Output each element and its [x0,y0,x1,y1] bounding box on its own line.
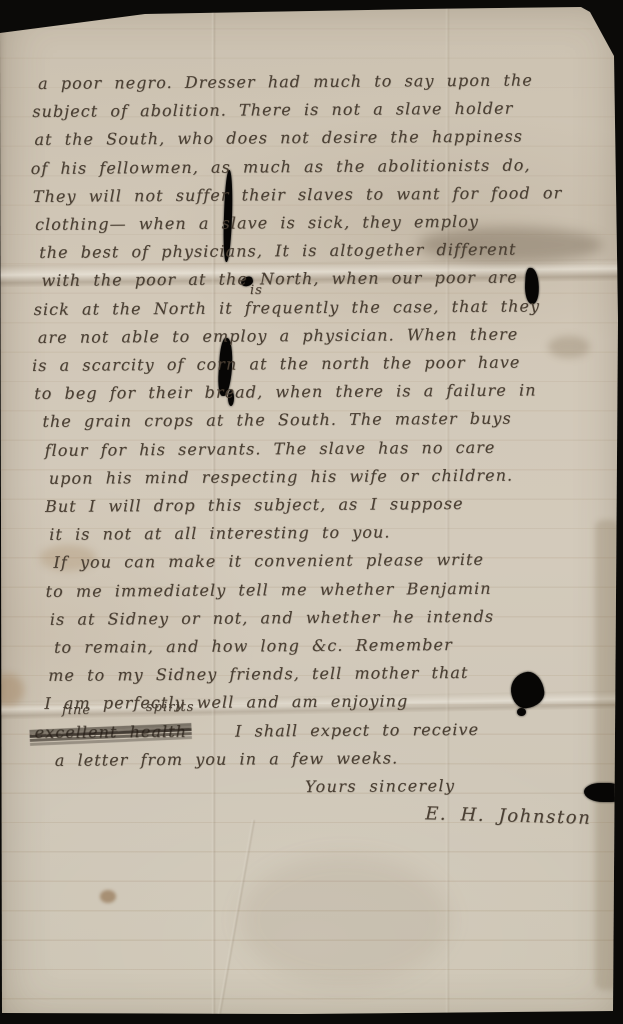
handwriting-line: a poor negro. Dresser had much to say up… [38,66,621,98]
letter-paper: a poor negro. Dresser had much to say up… [0,0,623,1024]
handwriting-line: Yours sincerely [305,771,623,801]
handwriting-line: is a scarcity of corn at the north the p… [32,348,623,380]
handwriting-line: If you can make it convenient please wri… [53,545,623,577]
handwriting-line: They will not suffer their slaves to wan… [33,179,622,211]
paper-stain-bottom-spot [100,890,116,903]
line-text: If you can make it convenient please wri… [53,550,484,572]
handwriting-line: to remain, and how long &c. Remember [54,630,623,662]
handwriting-line: are not able to employ a physician. When… [38,320,623,352]
handwriting-line: sick at the North it frequently the case… [34,291,623,323]
handwriting-line: a letter from you in a few weeks. [55,743,623,775]
letter-body: a poor negro. Dresser had much to say up… [30,66,623,832]
line-text: upon his mind respecting his wife or chi… [49,465,513,487]
handwriting-line: is at Sidney or not, and whether he inte… [50,602,623,634]
line-text: They will not suffer their slaves to wan… [33,183,563,206]
line-text: a letter from you in a few weeks. [55,748,399,769]
line-text: I shall expect to receive [235,720,479,741]
struck-text: excellent health [35,718,188,747]
line-text: I am perfectly well and am enjoying [44,692,408,714]
handwriting-line: with the poor at the North, when our poo… [41,263,622,295]
handwriting-line: me to my Sidney friends, tell mother tha… [48,658,623,690]
handwriting-line: clothing— when a slave is sick, they emp… [35,207,622,239]
line-text: to me immediately tell me whether Benjam… [46,578,492,600]
handwriting-line: it is not at all interesting to you. [49,517,623,549]
line-text: is at Sidney or not, and whether he inte… [50,607,494,629]
handwriting-line: flour for his servants. The slave has no… [45,433,623,465]
handwriting-line: excellent healthI shall expect to receiv… [35,715,623,747]
handwriting-line: subject of abolition. There is not a sla… [32,94,621,126]
handwriting-line: upon his mind respecting his wife or chi… [49,461,623,493]
line-text: a poor negro. Dresser had much to say up… [38,70,533,92]
handwriting-line: of his fellowmen, as much as the aboliti… [31,150,622,182]
line-text: E. H. Johnston [425,804,592,830]
inserted-word: spirits [146,701,194,715]
line-text: are not able to employ a physician. When… [38,324,519,346]
handwriting-line: But I will drop this subject, as I suppo… [45,489,623,521]
line-text: to remain, and how long &c. Remember [54,635,453,657]
handwriting-line: to beg for their bread, when there is a … [34,376,623,408]
line-text: flour for his servants. The slave has no… [45,437,496,459]
line-text: Yours sincerely [305,776,456,796]
line-text: But I will drop this subject, as I suppo… [45,494,464,516]
handwriting-line: the best of physicians, It is altogether… [39,235,622,267]
line-text: it is not at all interesting to you. [49,523,390,544]
line-text: the best of physicians, It is altogether… [39,240,516,262]
line-text: me to my Sidney friends, tell mother tha… [48,663,468,685]
line-text: at the South, who does not desire the ha… [34,127,523,149]
scan-background: { "page": { "background_color": "#0b0a08… [0,0,623,1024]
line-text: of his fellowmen, as much as the aboliti… [31,155,531,177]
handwriting-line: at the South, who does not desire the ha… [34,122,621,154]
handwriting-line: the grain crops at the South. The master… [42,404,623,436]
line-text: sick at the North it frequently the case… [34,296,541,319]
inserted-word: is [250,284,263,298]
handwriting-line: to me immediately tell me whether Benjam… [46,574,623,606]
line-text: to beg for their bread, when there is a … [34,381,536,404]
line-text: the grain crops at the South. The master… [42,409,511,431]
inserted-word: fine [62,704,91,718]
line-text: is a scarcity of corn at the north the p… [32,353,520,375]
line-text: subject of abolition. There is not a sla… [32,99,513,121]
paper-stain-bottom-area [240,855,450,985]
line-text: with the poor at the North, when our poo… [41,268,517,290]
handwriting-line: I am perfectly well and am enjoying [44,686,623,718]
line-text: clothing— when a slave is sick, they emp… [35,212,479,234]
